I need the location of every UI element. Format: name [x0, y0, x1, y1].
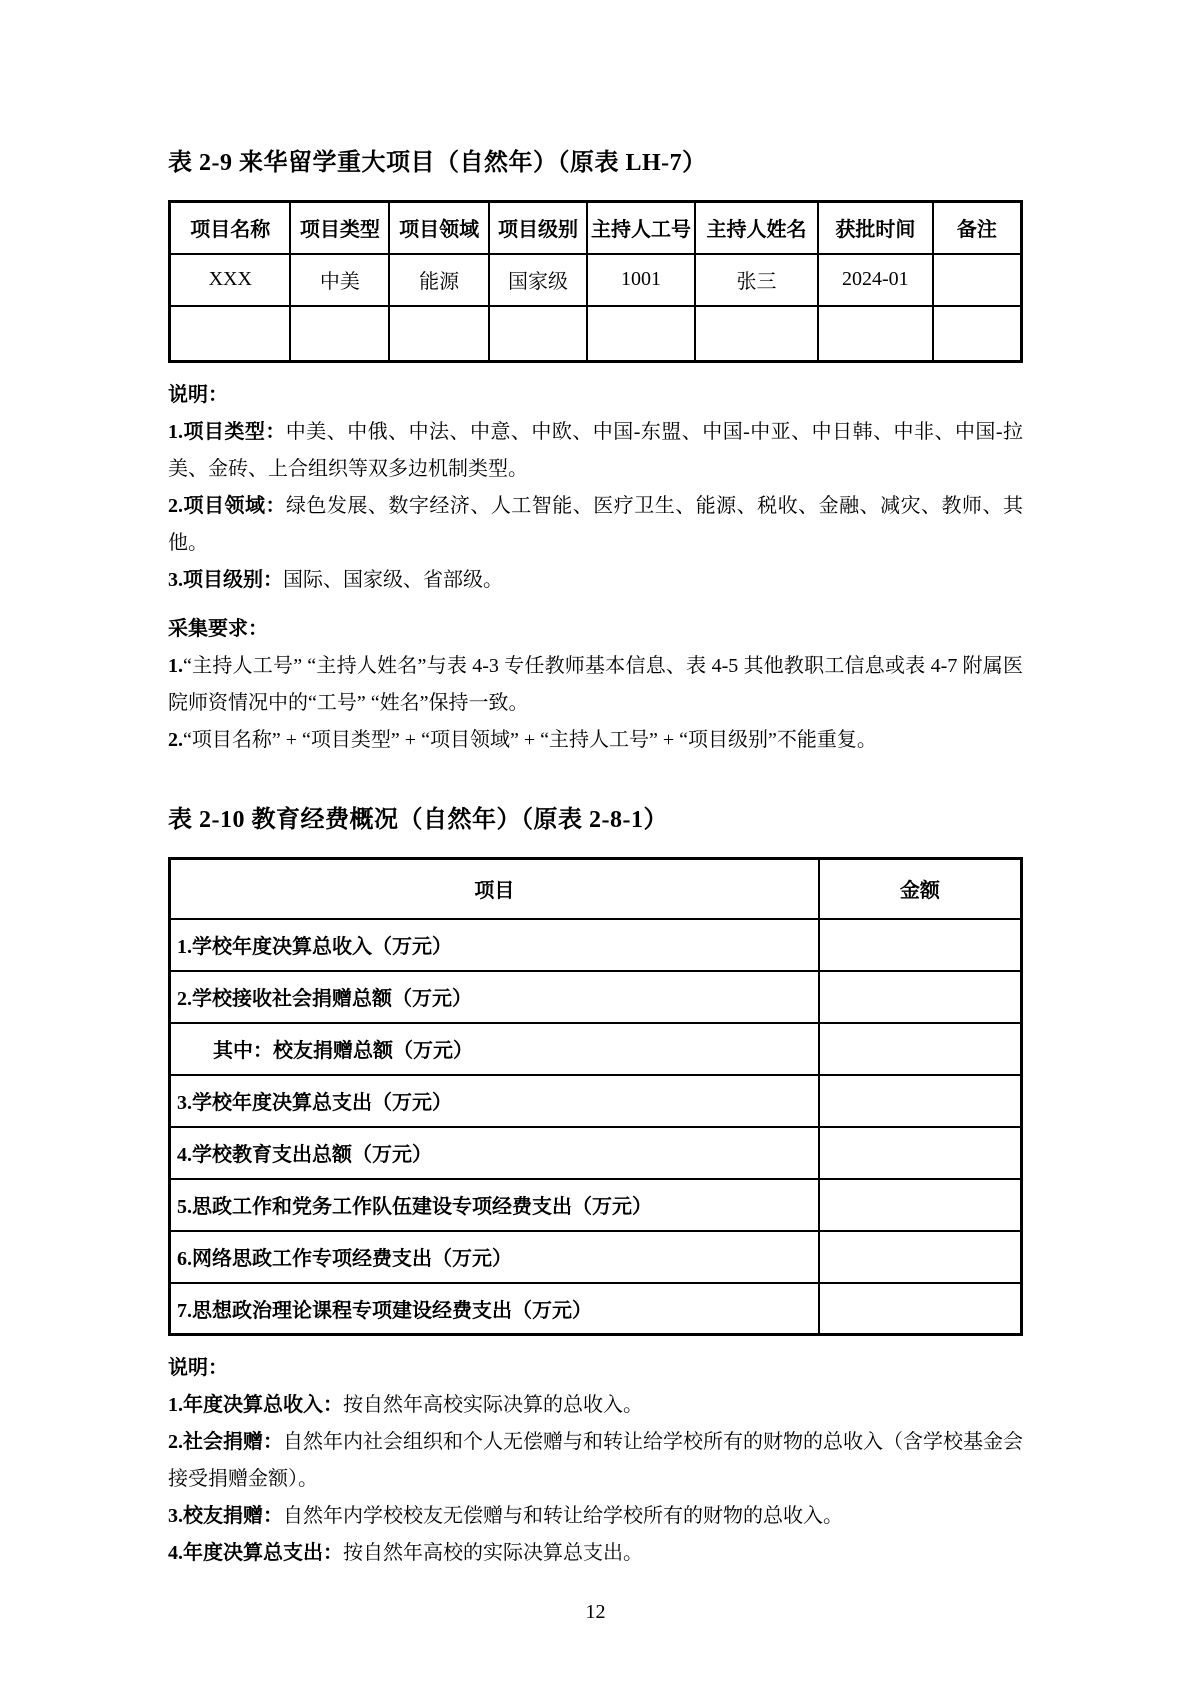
table-cell: 1001	[587, 254, 695, 306]
note-item: 4.年度决算总支出：按自然年高校的实际决算总支出。	[168, 1535, 1023, 1572]
note-item: 2.项目领域：绿色发展、数字经济、人工智能、医疗卫生、能源、税收、金融、减灾、教…	[168, 488, 1023, 562]
note-item-text: 自然年内社会组织和个人无偿赠与和转让给学校所有的财物的总收入（含学校基金会接受捐…	[168, 1431, 1023, 1490]
row-label-cell: 6.网络思政工作专项经费支出（万元）	[170, 1231, 819, 1283]
notes-label: 说明：	[168, 384, 228, 406]
requirements-label: 采集要求：	[168, 618, 268, 640]
table-row: 1.学校年度决算总收入（万元）	[170, 919, 1022, 971]
note-item-label: 2.项目领域：	[168, 495, 286, 517]
row-label-cell: 4.学校教育支出总额（万元）	[170, 1127, 819, 1179]
amount-cell	[819, 1179, 1022, 1231]
column-header: 获批时间	[818, 202, 933, 254]
amount-cell	[819, 1023, 1022, 1075]
note-item-text: 绿色发展、数字经济、人工智能、医疗卫生、能源、税收、金融、减灾、教师、其他。	[168, 495, 1023, 554]
table-row: 7.思想政治理论课程专项建设经费支出（万元）	[170, 1283, 1022, 1335]
requirement-item-text: “项目名称” + “项目类型” + “项目领域” + “主持人工号” + “项目…	[183, 729, 877, 751]
requirement-item-label: 2.	[168, 729, 183, 751]
requirement-item: 1.“主持人工号” “主持人姓名”与表 4-3 专任教师基本信息、表 4-5 其…	[168, 648, 1023, 722]
table-row: 6.网络思政工作专项经费支出（万元）	[170, 1231, 1022, 1283]
note-item-label: 1.年度决算总收入：	[168, 1394, 343, 1416]
note-item-label: 4.年度决算总支出：	[168, 1542, 343, 1564]
amount-cell	[819, 971, 1022, 1023]
page-number: 12	[168, 1598, 1023, 1626]
note-item-text: 中美、中俄、中法、中意、中欧、中国-东盟、中国-中亚、中日韩、中非、中国-拉美、…	[168, 421, 1023, 480]
requirements-heading: 采集要求：	[168, 611, 1023, 648]
table-cell	[170, 306, 291, 362]
note-item-text: 自然年内学校校友无偿赠与和转让给学校所有的财物的总收入。	[283, 1505, 843, 1527]
table-cell	[818, 306, 933, 362]
table-cell: 张三	[695, 254, 818, 306]
note-item: 1.项目类型：中美、中俄、中法、中意、中欧、中国-东盟、中国-中亚、中日韩、中非…	[168, 414, 1023, 488]
education-funding-table: 项目 金额 1.学校年度决算总收入（万元）2.学校接收社会捐赠总额（万元）其中：…	[168, 857, 1023, 1336]
table-cell	[290, 306, 389, 362]
row-label-cell: 7.思想政治理论课程专项建设经费支出（万元）	[170, 1283, 819, 1335]
table-row	[170, 306, 1022, 362]
column-header: 项目名称	[170, 202, 291, 254]
amount-cell	[819, 919, 1022, 971]
table-2-10-notes: 说明： 1.年度决算总收入：按自然年高校实际决算的总收入。2.社会捐赠：自然年内…	[168, 1350, 1023, 1572]
table-cell	[933, 254, 1022, 306]
table-cell: 能源	[389, 254, 489, 306]
table-row: 其中：校友捐赠总额（万元）	[170, 1023, 1022, 1075]
row-label-cell: 5.思政工作和党务工作队伍建设专项经费支出（万元）	[170, 1179, 819, 1231]
table-cell	[587, 306, 695, 362]
table-2-10-title: 表 2-10 教育经费概况（自然年）（原表 2-8-1）	[168, 803, 1023, 837]
table-row: 3.学校年度决算总支出（万元）	[170, 1075, 1022, 1127]
study-abroad-projects-table: 项目名称项目类型项目领域项目级别主持人工号主持人姓名获批时间备注 XXX中美能源…	[168, 200, 1023, 363]
notes-label: 说明：	[168, 1357, 228, 1379]
row-label-cell: 1.学校年度决算总收入（万元）	[170, 919, 819, 971]
table-cell: XXX	[170, 254, 291, 306]
column-header: 备注	[933, 202, 1022, 254]
requirement-item: 2.“项目名称” + “项目类型” + “项目领域” + “主持人工号” + “…	[168, 722, 1023, 759]
amount-cell	[819, 1075, 1022, 1127]
column-header-item: 项目	[170, 859, 819, 919]
note-item: 3.校友捐赠：自然年内学校校友无偿赠与和转让给学校所有的财物的总收入。	[168, 1498, 1023, 1535]
note-item: 1.年度决算总收入：按自然年高校实际决算的总收入。	[168, 1387, 1023, 1424]
column-header-amount: 金额	[819, 859, 1022, 919]
row-label-cell: 3.学校年度决算总支出（万元）	[170, 1075, 819, 1127]
table-row: XXX中美能源国家级1001张三2024-01	[170, 254, 1022, 306]
table-header-row: 项目名称项目类型项目领域项目级别主持人工号主持人姓名获批时间备注	[170, 202, 1022, 254]
note-item: 3.项目级别：国际、国家级、省部级。	[168, 562, 1023, 599]
amount-cell	[819, 1127, 1022, 1179]
amount-cell	[819, 1231, 1022, 1283]
table-cell: 国家级	[489, 254, 587, 306]
table-cell	[695, 306, 818, 362]
note-item-text: 按自然年高校的实际决算总支出。	[343, 1542, 643, 1564]
table-row: 2.学校接收社会捐赠总额（万元）	[170, 971, 1022, 1023]
row-label-cell: 2.学校接收社会捐赠总额（万元）	[170, 971, 819, 1023]
note-item-text: 按自然年高校实际决算的总收入。	[343, 1394, 643, 1416]
table-2-9-notes: 说明： 1.项目类型：中美、中俄、中法、中意、中欧、中国-东盟、中国-中亚、中日…	[168, 377, 1023, 599]
notes-heading: 说明：	[168, 377, 1023, 414]
note-item-label: 1.项目类型：	[168, 421, 286, 443]
table-row: 4.学校教育支出总额（万元）	[170, 1127, 1022, 1179]
requirement-item-label: 1.	[168, 655, 183, 677]
table-2-9-title: 表 2-9 来华留学重大项目（自然年）（原表 LH-7）	[168, 146, 1023, 180]
column-header: 项目类型	[290, 202, 389, 254]
table-header-row: 项目 金额	[170, 859, 1022, 919]
note-item-label: 3.校友捐赠：	[168, 1505, 283, 1527]
column-header: 项目领域	[389, 202, 489, 254]
table-cell: 2024-01	[818, 254, 933, 306]
note-item-label: 3.项目级别：	[168, 569, 283, 591]
document-page: 表 2-9 来华留学重大项目（自然年）（原表 LH-7） 项目名称项目类型项目领…	[0, 0, 1191, 1684]
table-cell	[933, 306, 1022, 362]
column-header: 主持人姓名	[695, 202, 818, 254]
note-item-label: 2.社会捐赠：	[168, 1431, 283, 1453]
column-header: 项目级别	[489, 202, 587, 254]
note-item-text: 国际、国家级、省部级。	[283, 569, 503, 591]
note-item: 2.社会捐赠：自然年内社会组织和个人无偿赠与和转让给学校所有的财物的总收入（含学…	[168, 1424, 1023, 1498]
column-header: 主持人工号	[587, 202, 695, 254]
row-label-cell: 其中：校友捐赠总额（万元）	[170, 1023, 819, 1075]
table-cell: 中美	[290, 254, 389, 306]
table-cell	[489, 306, 587, 362]
notes-heading: 说明：	[168, 1350, 1023, 1387]
amount-cell	[819, 1283, 1022, 1335]
collection-requirements: 采集要求： 1.“主持人工号” “主持人姓名”与表 4-3 专任教师基本信息、表…	[168, 611, 1023, 759]
table-cell	[389, 306, 489, 362]
requirement-item-text: “主持人工号” “主持人姓名”与表 4-3 专任教师基本信息、表 4-5 其他教…	[168, 655, 1023, 714]
table-row: 5.思政工作和党务工作队伍建设专项经费支出（万元）	[170, 1179, 1022, 1231]
